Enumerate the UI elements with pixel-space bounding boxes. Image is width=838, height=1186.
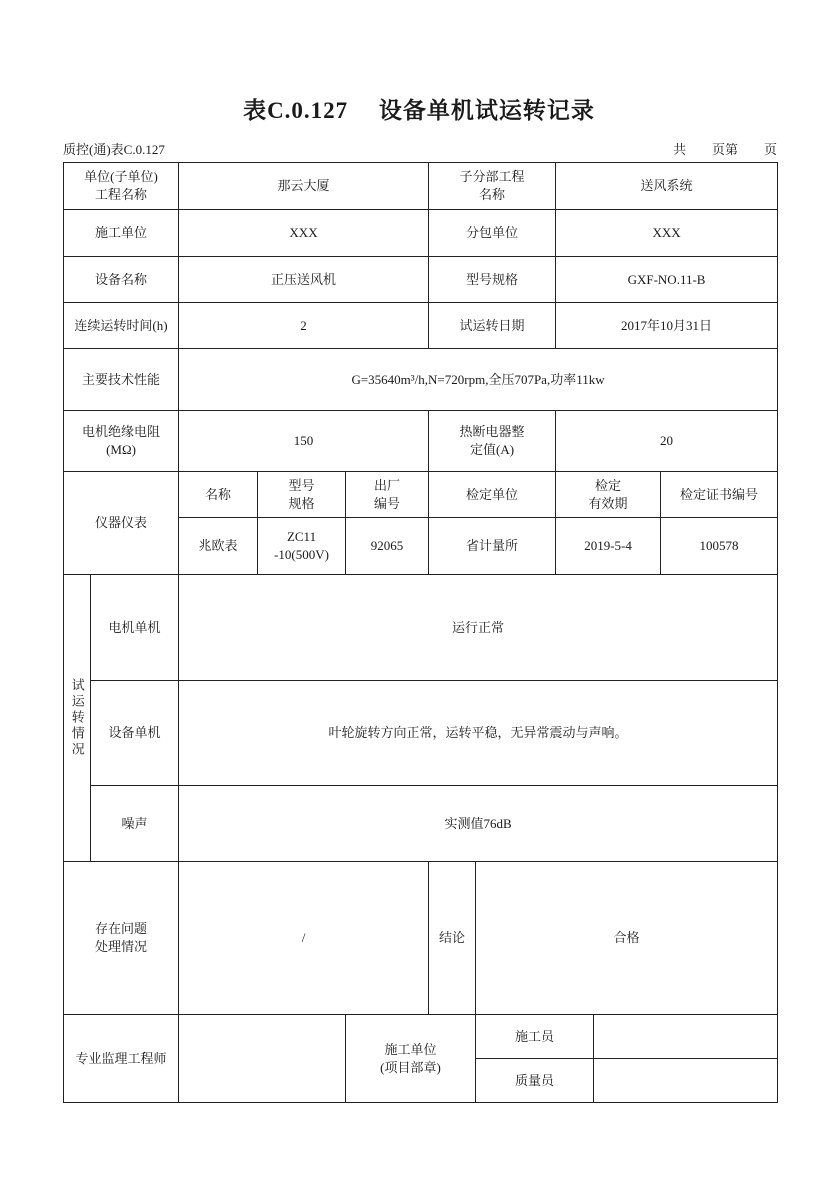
table-row: 主要技术性能 G=35640m³/h,N=720rpm,全压707Pa,功率11… [64, 349, 778, 411]
performance-value[interactable]: G=35640m³/h,N=720rpm,全压707Pa,功率11kw [179, 349, 778, 411]
form-page: 表C.0.127 设备单机试运转记录 质控(通)表C.0.127 共 页第 页 … [0, 0, 838, 1186]
conclusion-value[interactable]: 合格 [476, 862, 778, 1015]
quality-signature-cell[interactable] [594, 1059, 778, 1103]
builder-signature-cell[interactable] [594, 1015, 778, 1059]
instrument-col-serial: 出厂 编号 [346, 472, 429, 518]
form-code: 质控(通)表C.0.127 [63, 139, 165, 158]
table-row: 设备名称 正压送风机 型号规格 GXF-NO.11-B [64, 257, 778, 303]
page-number-info: 共 页第 页 [673, 139, 777, 158]
builder-value[interactable]: XXX [179, 210, 429, 257]
model-spec-value[interactable]: GXF-NO.11-B [556, 257, 778, 303]
instruments-section-label: 仪器仪表 [64, 472, 179, 575]
test-date-label: 试运转日期 [429, 303, 556, 349]
supervisor-label: 专业监理工程师 [64, 1015, 179, 1103]
table-row: 存在问题 处理情况 / 结论 合格 [64, 862, 778, 1015]
table-row: 噪声 实测值76dB [64, 786, 778, 862]
thermal-relay-label: 热断电器整 定值(A) [429, 411, 556, 472]
instrument-model-value[interactable]: ZC11 -10(500V) [258, 518, 346, 575]
sub-project-label: 子分部工程 名称 [429, 163, 556, 210]
sub-project-value[interactable]: 送风系统 [556, 163, 778, 210]
insulation-resistance-label: 电机绝缘电阻 (MΩ) [64, 411, 179, 472]
supervisor-signature-cell[interactable] [179, 1015, 346, 1103]
subcontractor-label: 分包单位 [429, 210, 556, 257]
performance-label: 主要技术性能 [64, 349, 179, 411]
builder-label: 施工单位 [64, 210, 179, 257]
issues-label: 存在问题 处理情况 [64, 862, 179, 1015]
equipment-name-value[interactable]: 正压送风机 [179, 257, 429, 303]
table-row: 施工单位 XXX 分包单位 XXX [64, 210, 778, 257]
page-title: 表C.0.127 设备单机试运转记录 [0, 92, 838, 125]
insulation-resistance-value[interactable]: 150 [179, 411, 429, 472]
quality-signer-label: 质量员 [476, 1059, 594, 1103]
instrument-col-certificate: 检定证书编号 [661, 472, 778, 518]
table-row: 试运转情况 电机单机 运行正常 [64, 575, 778, 681]
unit-project-label: 单位(子单位) 工程名称 [64, 163, 179, 210]
instrument-name-value[interactable]: 兆欧表 [179, 518, 258, 575]
instrument-certificate-value[interactable]: 100578 [661, 518, 778, 575]
record-table: 单位(子单位) 工程名称 那云大厦 子分部工程 名称 送风系统 施工单位 XXX… [63, 162, 778, 1103]
instrument-col-validity: 检定 有效期 [556, 472, 661, 518]
instrument-col-name: 名称 [179, 472, 258, 518]
table-row: 连续运转时间(h) 2 试运转日期 2017年10月31日 [64, 303, 778, 349]
builder-signer-label: 施工员 [476, 1015, 594, 1059]
noise-label: 噪声 [91, 786, 179, 862]
table-row: 电机绝缘电阻 (MΩ) 150 热断电器整 定值(A) 20 [64, 411, 778, 472]
table-row: 单位(子单位) 工程名称 那云大厦 子分部工程 名称 送风系统 [64, 163, 778, 210]
conclusion-label: 结论 [429, 862, 476, 1015]
equipment-name-label: 设备名称 [64, 257, 179, 303]
equipment-unit-value[interactable]: 叶轮旋转方向正常，运转平稳，无异常震动与声响。 [179, 681, 778, 786]
motor-unit-value[interactable]: 运行正常 [179, 575, 778, 681]
issues-value[interactable]: / [179, 862, 429, 1015]
motor-unit-label: 电机单机 [91, 575, 179, 681]
construction-unit-stamp-label: 施工单位 (项目部章) [346, 1015, 476, 1103]
thermal-relay-value[interactable]: 20 [556, 411, 778, 472]
noise-value[interactable]: 实测值76dB [179, 786, 778, 862]
instrument-col-model: 型号 规格 [258, 472, 346, 518]
instrument-serial-value[interactable]: 92065 [346, 518, 429, 575]
model-spec-label: 型号规格 [429, 257, 556, 303]
form-meta: 质控(通)表C.0.127 共 页第 页 [63, 139, 777, 158]
instrument-validity-value[interactable]: 2019-5-4 [556, 518, 661, 575]
test-run-section-label: 试运转情况 [64, 575, 91, 862]
equipment-unit-label: 设备单机 [91, 681, 179, 786]
table-row: 设备单机 叶轮旋转方向正常，运转平稳，无异常震动与声响。 [64, 681, 778, 786]
instrument-verifier-value[interactable]: 省计量所 [429, 518, 556, 575]
unit-project-value[interactable]: 那云大厦 [179, 163, 429, 210]
test-date-value[interactable]: 2017年10月31日 [556, 303, 778, 349]
run-duration-value[interactable]: 2 [179, 303, 429, 349]
subcontractor-value[interactable]: XXX [556, 210, 778, 257]
table-row: 仪器仪表 名称 型号 规格 出厂 编号 检定单位 检定 有效期 检定证书编号 [64, 472, 778, 518]
instrument-col-verifier: 检定单位 [429, 472, 556, 518]
table-row: 专业监理工程师 施工单位 (项目部章) 施工员 [64, 1015, 778, 1059]
run-duration-label: 连续运转时间(h) [64, 303, 179, 349]
